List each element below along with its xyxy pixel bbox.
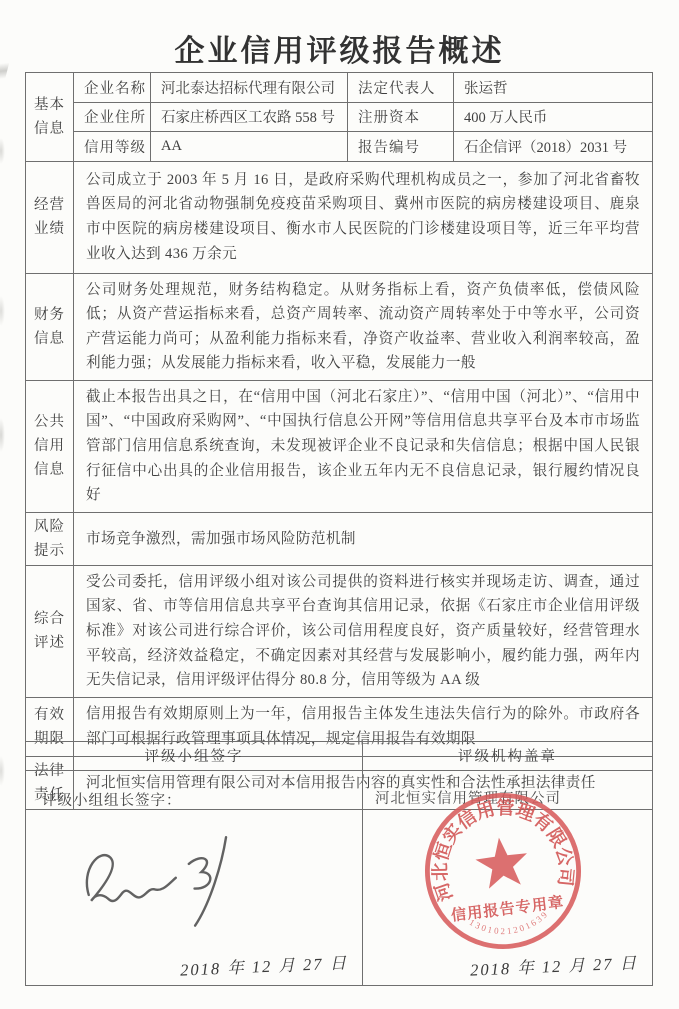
report-table: 基本信息 企业名称 河北泰达招标代理有限公司 法定代表人 张运哲 企业住所 石家… xyxy=(25,72,653,810)
section-label-risk-warning: 风险提示 xyxy=(26,512,74,565)
field-label-report-number: 报告编号 xyxy=(348,132,454,162)
field-label-registered-capital: 注册资本 xyxy=(348,102,454,132)
section-content-comprehensive-review: 受公司委托，信用评级小组对该公司提供的资料进行核实并现场走访、调查，通过国家、省… xyxy=(74,565,653,697)
team-signature-date: 2018 年 12 月 27 日 xyxy=(179,949,348,980)
scan-artifact xyxy=(0,756,5,786)
field-value-registered-capital: 400 万人民币 xyxy=(454,102,653,132)
table-row: 公共信用信息 截止本报告出具之日，在“信用中国（河北石家庄）”、“信用中国（河北… xyxy=(26,380,653,512)
handwritten-signature xyxy=(63,821,285,941)
star-icon xyxy=(473,834,530,889)
scan-artifact xyxy=(0,418,5,452)
field-label-credit-rating: 信用等级 xyxy=(74,132,151,162)
scan-artifact xyxy=(0,138,5,164)
table-row: 基本信息 企业名称 河北泰达招标代理有限公司 法定代表人 张运哲 xyxy=(26,73,653,103)
field-value-company-address: 石家庄桥西区工农路 558 号 xyxy=(151,102,348,132)
scan-artifact xyxy=(0,296,5,326)
table-row: 风险提示 市场竞争激烈，需加强市场风险防范机制 xyxy=(26,512,653,565)
field-value-company-name: 河北泰达招标代理有限公司 xyxy=(151,73,348,103)
signature-agency-header: 评级机构盖章 xyxy=(363,741,653,770)
table-row: 信用等级 AA 报告编号 石企信评（2018）2031 号 xyxy=(26,132,653,162)
signature-team-header: 评级小组签字 xyxy=(26,741,363,770)
table-row: 综合评述 受公司委托，信用评级小组对该公司提供的资料进行核实并现场走访、调查，通… xyxy=(26,565,653,697)
field-value-credit-rating: AA xyxy=(151,132,348,162)
signature-table: 评级小组签字 评级机构盖章 评级小组组长签字： 2018 年 12 月 27 日 xyxy=(25,741,653,986)
field-value-report-number: 石企信评（2018）2031 号 xyxy=(454,132,653,162)
field-label-company-address: 企业住所 xyxy=(74,102,151,132)
table-row: 经营业绩 公司成立于 2003 年 5 月 16 日，是政府采购代理机构成员之一… xyxy=(26,161,653,273)
field-value-legal-representative: 张运哲 xyxy=(454,73,653,103)
field-label-legal-representative: 法定代表人 xyxy=(348,73,454,103)
team-leader-signature-label: 评级小组组长签字： xyxy=(42,789,182,810)
section-label-comprehensive-review: 综合评述 xyxy=(26,565,74,697)
agency-stamp-cell: 河北恒实信用管理有限公司 河北恒实信用管理有限公司 信用报告专用章 130102… xyxy=(363,770,653,985)
section-label-business-performance: 经营业绩 xyxy=(26,161,74,273)
table-row: 企业住所 石家庄桥西区工农路 558 号 注册资本 400 万人民币 xyxy=(26,102,653,132)
scanned-report-page: 企业信用评级报告概述 基本信息 企业名称 河北泰达招标代理有限公司 法定代表人 … xyxy=(0,0,679,1009)
section-content-public-credit-info: 截止本报告出具之日，在“信用中国（河北石家庄）”、“信用中国（河北）”、“信用中… xyxy=(74,380,653,512)
credit-report-stamp: 河北恒实信用管理有限公司 信用报告专用章 1301021201639 xyxy=(409,777,596,964)
table-row: 评级小组组长签字： 2018 年 12 月 27 日 河北恒实信用管理有限公司 xyxy=(26,770,653,985)
section-label-basic-info: 基本信息 xyxy=(26,73,74,162)
section-label-financial-info: 财务信息 xyxy=(26,273,74,380)
section-content-business-performance: 公司成立于 2003 年 5 月 16 日，是政府采购代理机构成员之一，参加了河… xyxy=(74,161,653,273)
team-signature-cell: 评级小组组长签字： 2018 年 12 月 27 日 xyxy=(26,770,363,985)
section-content-risk-warning: 市场竞争激烈，需加强市场风险防范机制 xyxy=(74,512,653,565)
stamp-center-text: 信用报告专用章 xyxy=(450,892,565,924)
table-row: 财务信息 公司财务处理规范，财务结构稳定。从财务指标上看，资产负债率低，偿债风险… xyxy=(26,273,653,380)
table-row: 评级小组签字 评级机构盖章 xyxy=(26,741,653,770)
field-label-company-name: 企业名称 xyxy=(74,73,151,103)
section-content-financial-info: 公司财务处理规范，财务结构稳定。从财务指标上看，资产负债率低，偿债风险低；从资产… xyxy=(74,273,653,380)
page-title: 企业信用评级报告概述 xyxy=(0,0,679,70)
section-label-public-credit-info: 公共信用信息 xyxy=(26,380,74,512)
